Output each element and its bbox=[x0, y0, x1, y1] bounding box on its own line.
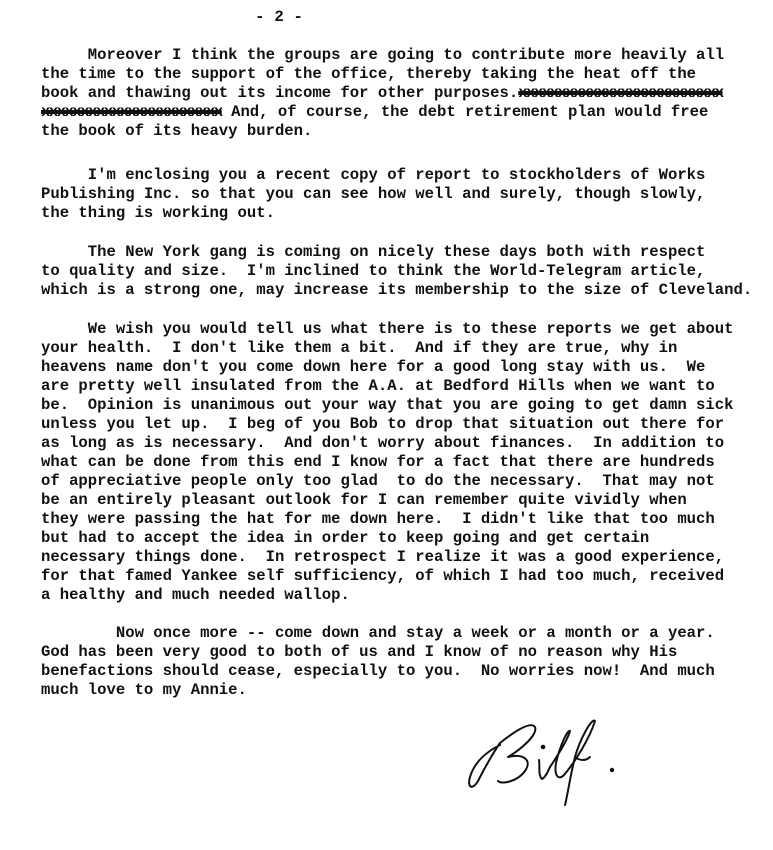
text-line: what can be done from this end I know fo… bbox=[41, 453, 771, 472]
text-line: unless you let up. I beg of you Bob to d… bbox=[41, 415, 771, 434]
page-number: - 2 - bbox=[255, 8, 335, 26]
text-line: be. Opinion is unanimous out your way th… bbox=[41, 396, 771, 415]
text-line: necessary things done. In retrospect I r… bbox=[41, 548, 771, 567]
text-line: much love to my Annie. bbox=[41, 681, 771, 700]
text-line: to quality and size. I'm inclined to thi… bbox=[41, 262, 771, 281]
text-line: as long as is necessary. And don't worry… bbox=[41, 434, 771, 453]
text-line: for that famed Yankee self sufficiency, … bbox=[41, 567, 771, 586]
handwritten-signature bbox=[440, 705, 620, 810]
text-line: the book of its heavy burden. bbox=[41, 122, 771, 141]
text-line: are pretty well insulated from the A.A. … bbox=[41, 377, 771, 396]
text-line: be an entirely pleasant outlook for I ca… bbox=[41, 491, 771, 510]
text-line: heavens name don't you come down here fo… bbox=[41, 358, 771, 377]
text-line: your health. I don't like them a bit. An… bbox=[41, 339, 771, 358]
text-line: Publishing Inc. so that you can see how … bbox=[41, 185, 771, 204]
paragraph-3: The New York gang is coming on nicely th… bbox=[41, 243, 771, 300]
text-line: Now once more -- come down and stay a we… bbox=[41, 624, 771, 643]
paragraph-2: I'm enclosing you a recent copy of repor… bbox=[41, 166, 771, 223]
paragraph-5: Now once more -- come down and stay a we… bbox=[41, 624, 771, 700]
paragraph-4: We wish you would tell us what there is … bbox=[41, 320, 771, 605]
text-line: We wish you would tell us what there is … bbox=[41, 320, 771, 339]
letter-page: - 2 - Moreover I think the groups are go… bbox=[0, 0, 773, 850]
signature-bill-icon bbox=[440, 705, 620, 810]
text-line: which is a strong one, may increase its … bbox=[41, 281, 771, 300]
text-segment: book and thawing out its income for othe… bbox=[41, 84, 518, 102]
text-segment: And, of course, the debt retirement plan… bbox=[222, 103, 709, 121]
paragraph-1: Moreover I think the groups are going to… bbox=[41, 46, 771, 141]
text-line: benefactions should cease, especially to… bbox=[41, 662, 771, 681]
text-line: of appreciative people only too glad to … bbox=[41, 472, 771, 491]
text-line: the time to the support of the office, t… bbox=[41, 65, 771, 84]
text-line: they were passing the hat for me down he… bbox=[41, 510, 771, 529]
text-line: I'm enclosing you a recent copy of repor… bbox=[41, 166, 771, 185]
text-line: the thing is working out. bbox=[41, 204, 771, 223]
text-line: a healthy and much needed wallop. bbox=[41, 586, 771, 605]
text-line: The New York gang is coming on nicely th… bbox=[41, 243, 771, 262]
text-line: God has been very good to both of us and… bbox=[41, 643, 771, 662]
struck-out-text: xxxxxxxxxxxxxxxxxxxxxxxxxx bbox=[518, 84, 722, 102]
struck-out-text: xxxxxxxxxxxxxxxxxxxxxxx bbox=[41, 103, 222, 121]
text-line: book and thawing out its income for othe… bbox=[41, 84, 771, 103]
text-line: but had to accept the idea in order to k… bbox=[41, 529, 771, 548]
text-line: Moreover I think the groups are going to… bbox=[41, 46, 771, 65]
text-line: xxxxxxxxxxxxxxxxxxxxxxx And, of course, … bbox=[41, 103, 771, 122]
